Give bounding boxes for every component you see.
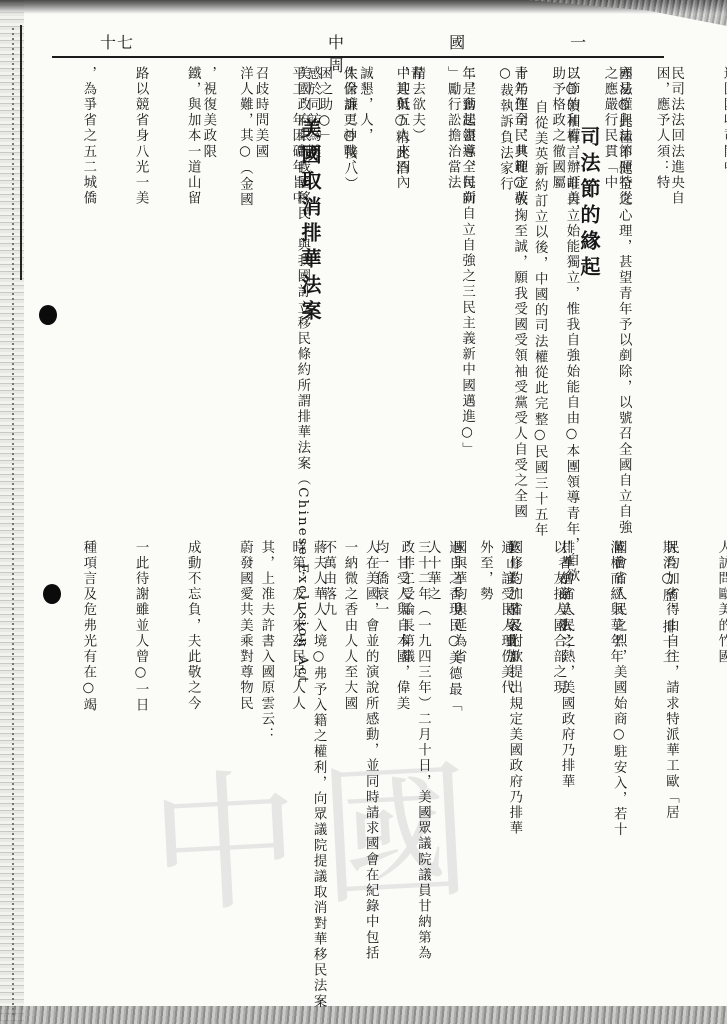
text-column: 一此待謝雖並人曾○一日 — [132, 540, 149, 1000]
text-column: 過自之香現民○美德最「 — [445, 540, 462, 1000]
text-column: 困，應予人須：特 — [653, 66, 670, 506]
text-column: 平工，年因礦年旨中 — [288, 66, 305, 506]
header-rule — [52, 56, 664, 58]
punch-hole-lower — [43, 584, 61, 604]
text-column: 通 誼受民人理份美代 — [497, 540, 514, 1000]
text-column: 一納微之香由人人至大國 — [341, 540, 358, 1000]
text-column: 太合廉二○接八） — [341, 66, 358, 506]
text-column: 以 友接人國合部之現 — [549, 540, 566, 1000]
text-column: 時第，友人來茲民足人人 — [288, 540, 305, 1000]
text-column: 滿權而經與華年年 — [606, 540, 623, 1000]
text-column: 期治○歷，排十二 — [659, 540, 676, 1000]
text-column: 鐵，與加本一道山留 — [184, 66, 201, 506]
text-column: 人訪問歐美的竹國 — [714, 540, 727, 1000]
page-number: 十七 — [100, 30, 134, 53]
binding-stitch-marks — [12, 25, 14, 1015]
text-column: 助予格政之徹國屬 — [548, 66, 565, 506]
text-column: 蔚發國愛共美乘對尊物民 — [236, 540, 253, 1000]
scan-shadow-bottom — [0, 1006, 727, 1024]
text-column: 成動不忘負，夫此敬之今 — [184, 540, 201, 1000]
running-head: 十七 中 國 一 周 — [60, 28, 675, 52]
text-column: ○裁執訴負法家行 — [496, 66, 513, 506]
punch-hole-upper — [39, 305, 57, 325]
text-column: 中迎低五人來四內 — [393, 66, 410, 506]
text-column: 路以競省身八光一美 — [132, 66, 149, 506]
article-exclusion-body-b: 中迎低五人來四內 太合廉二○接八） 平工，年因礦年旨中 洋人難，其○（金國 鐵，… — [62, 66, 445, 506]
article-madame-chiang-quote: 以 友接人國合部之現 通 誼受民人理份美代 過自之香現民○美德最「 ，甘受人與自… — [62, 540, 602, 1000]
text-column: 種項言及危弗光有在○竭 — [79, 540, 96, 1000]
binding-rule — [20, 25, 22, 280]
text-column: 達回國收司關中 — [720, 66, 727, 506]
text-column: ，為爭省之五二城僑 — [79, 66, 96, 506]
text-column: 之應嚴行民貫「中 — [601, 66, 618, 506]
text-column: ，甘受人與自本國，偉美 — [393, 540, 410, 1000]
text-column: 洋人難，其○（金國 — [236, 66, 253, 506]
